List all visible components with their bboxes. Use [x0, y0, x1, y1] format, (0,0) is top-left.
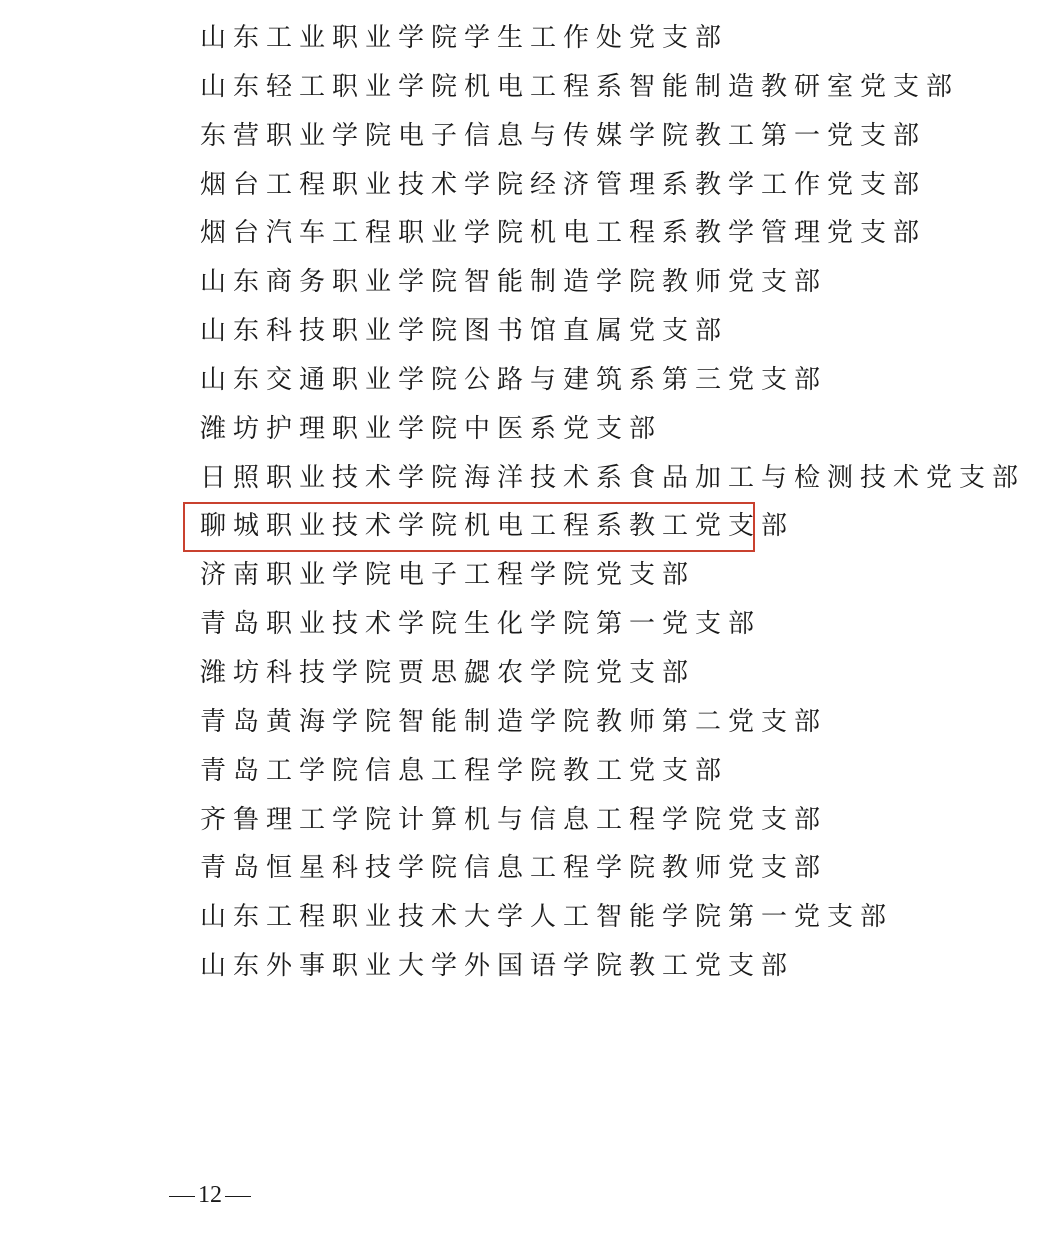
list-item: 山东商务职业学院智能制造学院教师党支部 — [200, 262, 1025, 311]
list-item: 山东科技职业学院图书馆直属党支部 — [200, 311, 1025, 360]
dash-left — [169, 1196, 195, 1198]
page-number-value: 12 — [198, 1182, 222, 1208]
list-item: 青岛黄海学院智能制造学院教师第二党支部 — [200, 702, 1025, 751]
party-branch-list: 山东工业职业学院学生工作处党支部 山东轻工职业学院机电工程系智能制造教研室党支部… — [200, 18, 1025, 995]
list-item: 济南职业学院电子工程学院党支部 — [200, 555, 1025, 604]
list-item: 山东交通职业学院公路与建筑系第三党支部 — [200, 360, 1025, 409]
list-item: 山东外事职业大学外国语学院教工党支部 — [200, 946, 1025, 995]
list-item: 青岛工学院信息工程学院教工党支部 — [200, 751, 1025, 800]
list-item: 日照职业技术学院海洋技术系食品加工与检测技术党支部 — [200, 458, 1025, 507]
list-item: 烟台工程职业技术学院经济管理系教学工作党支部 — [200, 165, 1025, 214]
list-item: 青岛职业技术学院生化学院第一党支部 — [200, 604, 1025, 653]
list-item: 烟台汽车工程职业学院机电工程系教学管理党支部 — [200, 213, 1025, 262]
list-item: 东营职业学院电子信息与传媒学院教工第一党支部 — [200, 116, 1025, 165]
page-number: 12 — [166, 1182, 254, 1209]
highlighted-list-item: 聊城职业技术学院机电工程系教工党支部 — [200, 506, 1025, 555]
list-item: 齐鲁理工学院计算机与信息工程学院党支部 — [200, 800, 1025, 849]
list-item: 山东轻工职业学院机电工程系智能制造教研室党支部 — [200, 67, 1025, 116]
list-item: 潍坊科技学院贾思勰农学院党支部 — [200, 653, 1025, 702]
dash-right — [225, 1196, 251, 1198]
list-item: 潍坊护理职业学院中医系党支部 — [200, 409, 1025, 458]
list-item: 青岛恒星科技学院信息工程学院教师党支部 — [200, 848, 1025, 897]
list-item: 山东工业职业学院学生工作处党支部 — [200, 18, 1025, 67]
list-item: 山东工程职业技术大学人工智能学院第一党支部 — [200, 897, 1025, 946]
document-page: 山东工业职业学院学生工作处党支部 山东轻工职业学院机电工程系智能制造教研室党支部… — [0, 0, 1046, 1235]
